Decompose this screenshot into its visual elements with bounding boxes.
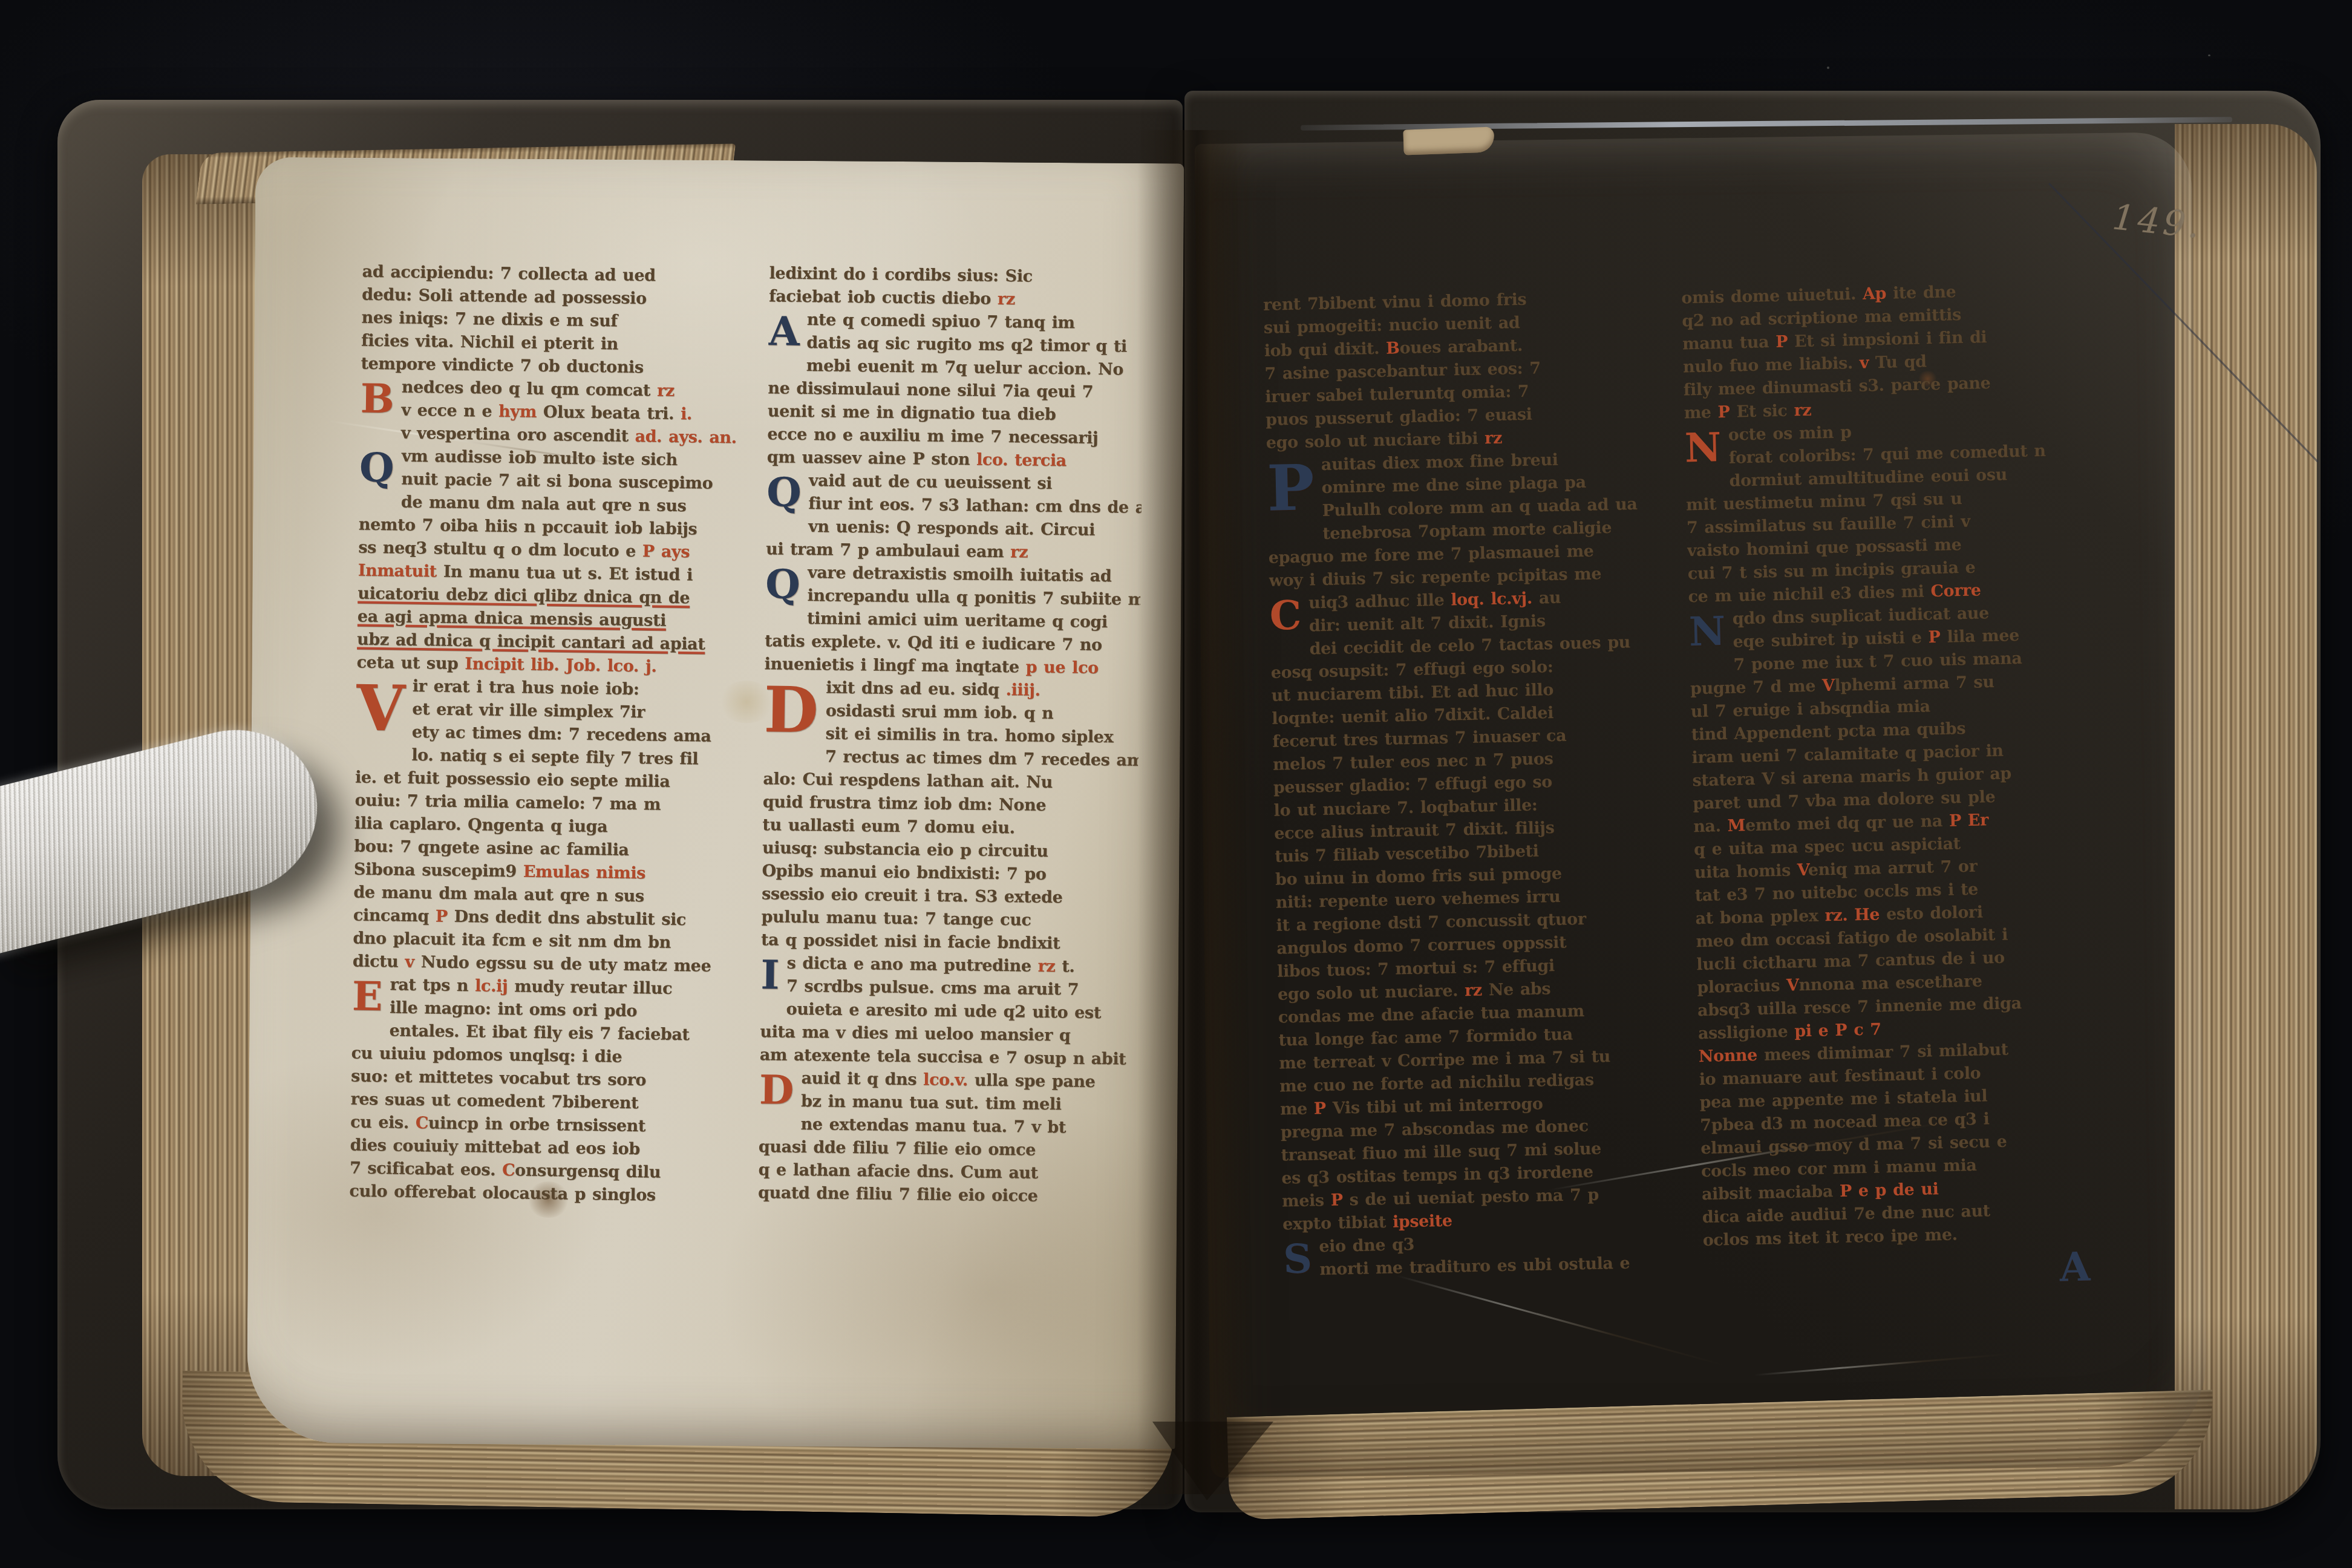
illuminated-initial: S xyxy=(1283,1241,1313,1285)
illuminated-initial: A xyxy=(2059,1249,2091,1293)
paragraph: Qvaid aut de cu ueuissent sifiur int eos… xyxy=(766,471,1142,567)
paragraph: Qvare detraxistis smoilh iuitatis adincr… xyxy=(764,563,1140,682)
illuminated-initial: N xyxy=(1688,613,1726,658)
illuminated-initial: V xyxy=(356,680,405,748)
illuminated-initial: D xyxy=(763,681,819,750)
illuminated-initial: D xyxy=(759,1072,794,1116)
paragraph: rent 7bibent vinu i domo frissui pmogeit… xyxy=(1263,287,1653,456)
illuminated-initial: B xyxy=(360,381,394,425)
paragraph: Cuiq3 adhuc ille loq. lc.vj. audir: ueni… xyxy=(1269,586,1665,1008)
paragraph: Pauitas diex mox fine breuiominre me dne… xyxy=(1266,448,1656,594)
gutter-crease xyxy=(1152,1422,1273,1500)
paragraph: Dixit dns ad eu. sidq .iiij.osidasti sru… xyxy=(761,678,1140,958)
text-line: quatd dne filiu 7 filie eio oicce xyxy=(758,1183,1133,1211)
paragraph: Nqdo dns suplicat iudicat aueeqe subiret… xyxy=(1688,602,2080,817)
photo-of-open-manuscript: ad accipiendu: 7 collecta ad ueddedu: So… xyxy=(0,0,2352,1568)
text-column-right-d: omis dome uiuetui. Ap ite dneq2 no ad sc… xyxy=(1681,280,2091,1305)
paragraph: Bnedces deo q lu qm comcat rzv ecce n e … xyxy=(360,377,748,452)
paragraph: Qvm audisse iob multo iste sichnuit paci… xyxy=(356,446,746,682)
paragraph: omis dome uiuetui. Ap ite dneq2 no ad sc… xyxy=(1681,280,2071,426)
paragraph: Dauid it q dns lco.v. ulla spe panebz in… xyxy=(758,1068,1135,1211)
paragraph: Is dicta e ano ma putredine rz t.7 scrdb… xyxy=(760,953,1136,1073)
paragraph: cu eis. Cuincp in orbe trnsissentdies co… xyxy=(349,1112,737,1211)
text-column-left-b: ledixint do i cordibs sius: Sicfaciebat … xyxy=(757,264,1145,1236)
paragraph: condas me dne afacie tua manumtua longe … xyxy=(1278,1000,1670,1238)
illuminated-initial: A xyxy=(768,313,800,358)
paragraph: Ante q comedi spiuo 7 tanq imdatis aq si… xyxy=(767,310,1144,475)
page-tear xyxy=(1403,126,1494,155)
illuminated-initial: Q xyxy=(766,474,802,518)
paragraph: Sibona suscepim9 Emulas nimisde manu dm … xyxy=(352,860,741,981)
paragraph: na. Memto mei dq qr ue na P Erq e uita m… xyxy=(1693,809,2085,1047)
illuminated-initial: C xyxy=(1269,598,1302,642)
paragraph: Seio dne q3morti me tradituro es ubi ost… xyxy=(1282,1230,1670,1284)
paragraph: Vir erat i tra hus noie iob:et erat vir … xyxy=(354,676,743,866)
paragraph: ad accipiendu: 7 collecta ad ueddedu: So… xyxy=(361,263,750,383)
paragraph: Nocte os min pforat coloribs: 7 qui me c… xyxy=(1684,418,2076,610)
text-column-left-a: ad accipiendu: 7 collecta ad ueddedu: So… xyxy=(349,263,750,1212)
paragraph: Erat tps n lc.ij mudy reutar illucille m… xyxy=(350,975,739,1118)
illuminated-initial: Q xyxy=(765,566,800,610)
text-column-right-c: rent 7bibent vinu i domo frissui pmogeit… xyxy=(1263,287,1671,1293)
illuminated-initial: Q xyxy=(359,450,394,494)
paragraph: ledixint do i cordibs sius: Sicfaciebat … xyxy=(769,264,1145,315)
lint-speck xyxy=(1827,67,1829,69)
vellum-crease xyxy=(1754,1353,2008,1376)
illuminated-initial: N xyxy=(1684,430,1722,474)
illuminated-initial: E xyxy=(351,978,382,1022)
lint-speck xyxy=(2208,54,2210,56)
illuminated-initial: P xyxy=(1266,459,1315,528)
illuminated-initial: I xyxy=(760,957,780,1001)
paragraph: Nonne mees dimimar 7 si milabutio manuar… xyxy=(1698,1039,2090,1254)
